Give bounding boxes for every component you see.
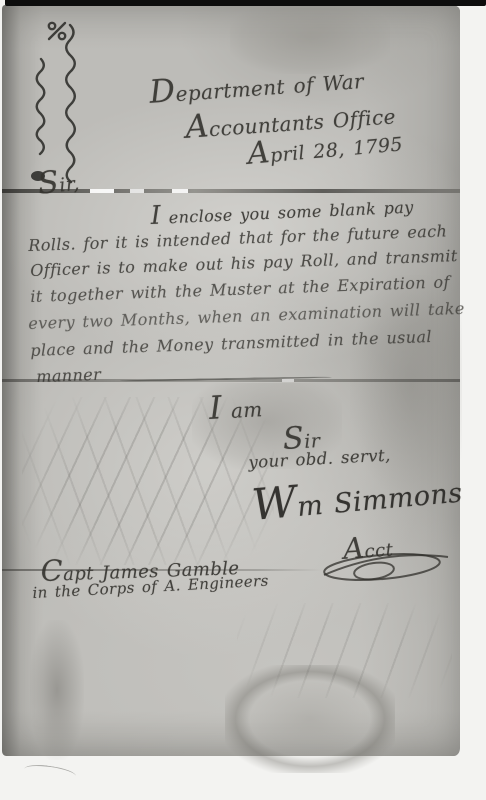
- signature-name: Wm Simmons: [250, 463, 464, 531]
- closing-i-am: I am: [208, 386, 263, 427]
- dark-streak-bottom-left: [30, 620, 84, 760]
- scanner-edge-bar: [5, 0, 486, 6]
- closing-obedient: your obd. servt,: [248, 446, 391, 472]
- water-stain-bottom: [225, 665, 395, 773]
- pencil-mark-bottom: [23, 762, 76, 782]
- ink-showthrough-lower: [237, 603, 452, 698]
- letter-paper: Department of War Accountants Office Apr…: [2, 5, 460, 756]
- body-line-7: manner: [36, 365, 101, 386]
- body-line-6: place and the Money transmitted in the u…: [30, 327, 432, 360]
- salutation: Sir,: [36, 163, 81, 202]
- signature-flourish: [316, 543, 454, 589]
- pen-stroke-after-manner: [120, 376, 332, 382]
- scanned-letter-image: Department of War Accountants Office Apr…: [0, 0, 486, 800]
